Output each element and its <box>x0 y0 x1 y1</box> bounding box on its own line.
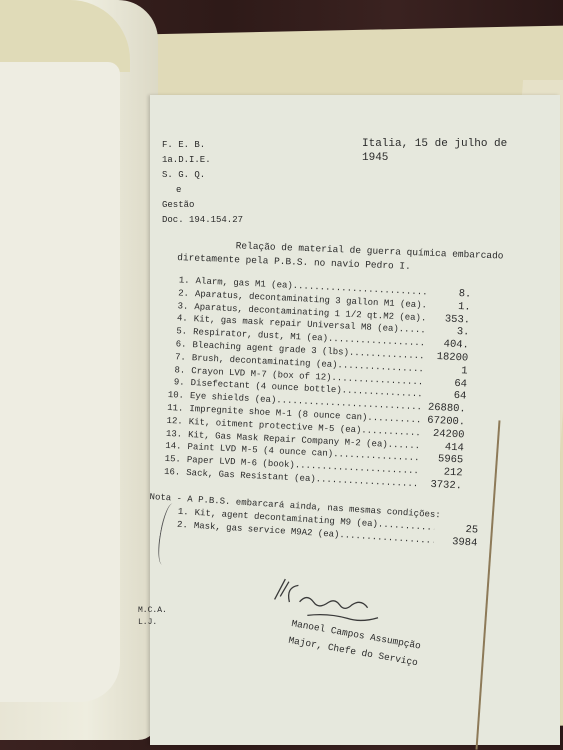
item-number: 1. <box>170 504 189 518</box>
header-ref-line: S. G. Q. <box>162 168 243 183</box>
item-number: 13. <box>164 426 183 440</box>
left-page-inner-sheet <box>0 62 120 702</box>
item-number: 2. <box>170 517 189 531</box>
item-number: 4. <box>169 311 188 325</box>
item-number: 1. <box>171 273 190 287</box>
item-number: 5. <box>169 324 188 338</box>
item-number: 16. <box>162 465 181 479</box>
header-ref-line: e <box>162 183 243 198</box>
item-number: 3. <box>170 299 189 313</box>
header-ref-line: 1a.D.I.E. <box>162 153 243 168</box>
initials-line: M.C.A. <box>138 605 167 617</box>
document-number: Doc. 194.154.27 <box>162 213 243 228</box>
item-quantity: 3984 <box>433 534 478 550</box>
left-binder-page <box>0 0 158 740</box>
item-number: 15. <box>163 452 182 466</box>
header-ref-line: Gestão <box>162 198 243 213</box>
item-number: 6. <box>168 337 187 351</box>
item-number: 8. <box>167 362 186 376</box>
item-number: 12. <box>164 414 183 428</box>
item-number: 9. <box>166 375 185 389</box>
item-number: 11. <box>165 401 184 415</box>
header-ref-line: F. E. B. <box>162 138 243 153</box>
note-section: Nota - A P.B.S. embarcará ainda, nas mes… <box>148 490 480 549</box>
initials-line: L.J. <box>138 617 167 629</box>
leader-dots <box>398 323 425 337</box>
place-date-year: 1945 <box>362 151 507 165</box>
item-number: 10. <box>166 388 185 402</box>
materials-list: 1.Alarm, gas M1 (ea)8.2.Aparatus, decont… <box>162 273 472 492</box>
place-date-line: Italia, 15 de julho de <box>362 137 507 151</box>
document-title: Relação de material de guerra química em… <box>177 237 504 277</box>
item-quantity: 3732. <box>418 477 463 492</box>
item-number: 2. <box>171 286 190 300</box>
item-number: 14. <box>163 439 182 453</box>
place-and-date: Italia, 15 de julho de 1945 <box>362 137 507 165</box>
header-references: F. E. B. 1a.D.I.E. S. G. Q. e Gestão Doc… <box>162 138 243 228</box>
typist-initials: M.C.A. L.J. <box>138 605 167 629</box>
item-number: 7. <box>168 350 187 364</box>
